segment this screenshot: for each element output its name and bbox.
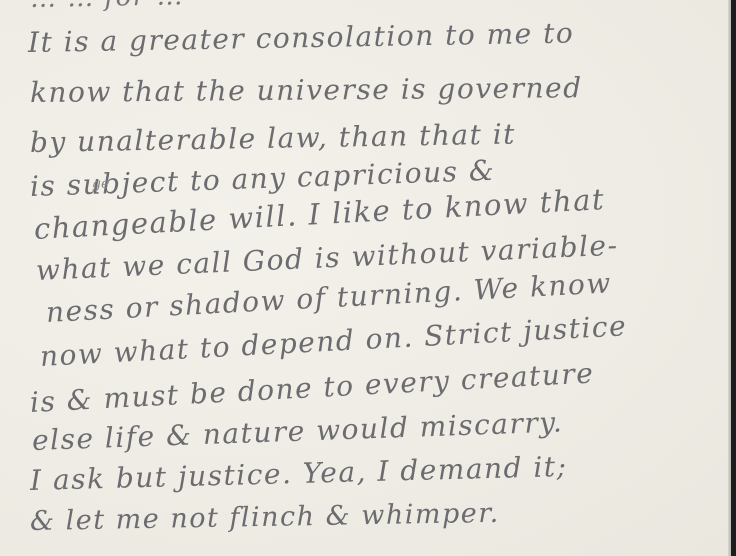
manuscript-line: I ask but justice. Yea, I demand it;	[30, 450, 568, 497]
interlinear-insertion: ge	[92, 176, 109, 192]
manuscript-line: know that the universe is governed	[30, 71, 583, 109]
manuscript-page: … … for … It is a greater consolation to…	[0, 0, 736, 556]
manuscript-line: by unalterable law, than that it	[30, 118, 516, 159]
manuscript-line-partial-top: … … for …	[30, 0, 185, 14]
scan-border	[731, 0, 736, 556]
manuscript-line: & let me not flinch & whimper.	[30, 498, 500, 537]
manuscript-line: It is a greater consolation to me to	[28, 16, 575, 59]
